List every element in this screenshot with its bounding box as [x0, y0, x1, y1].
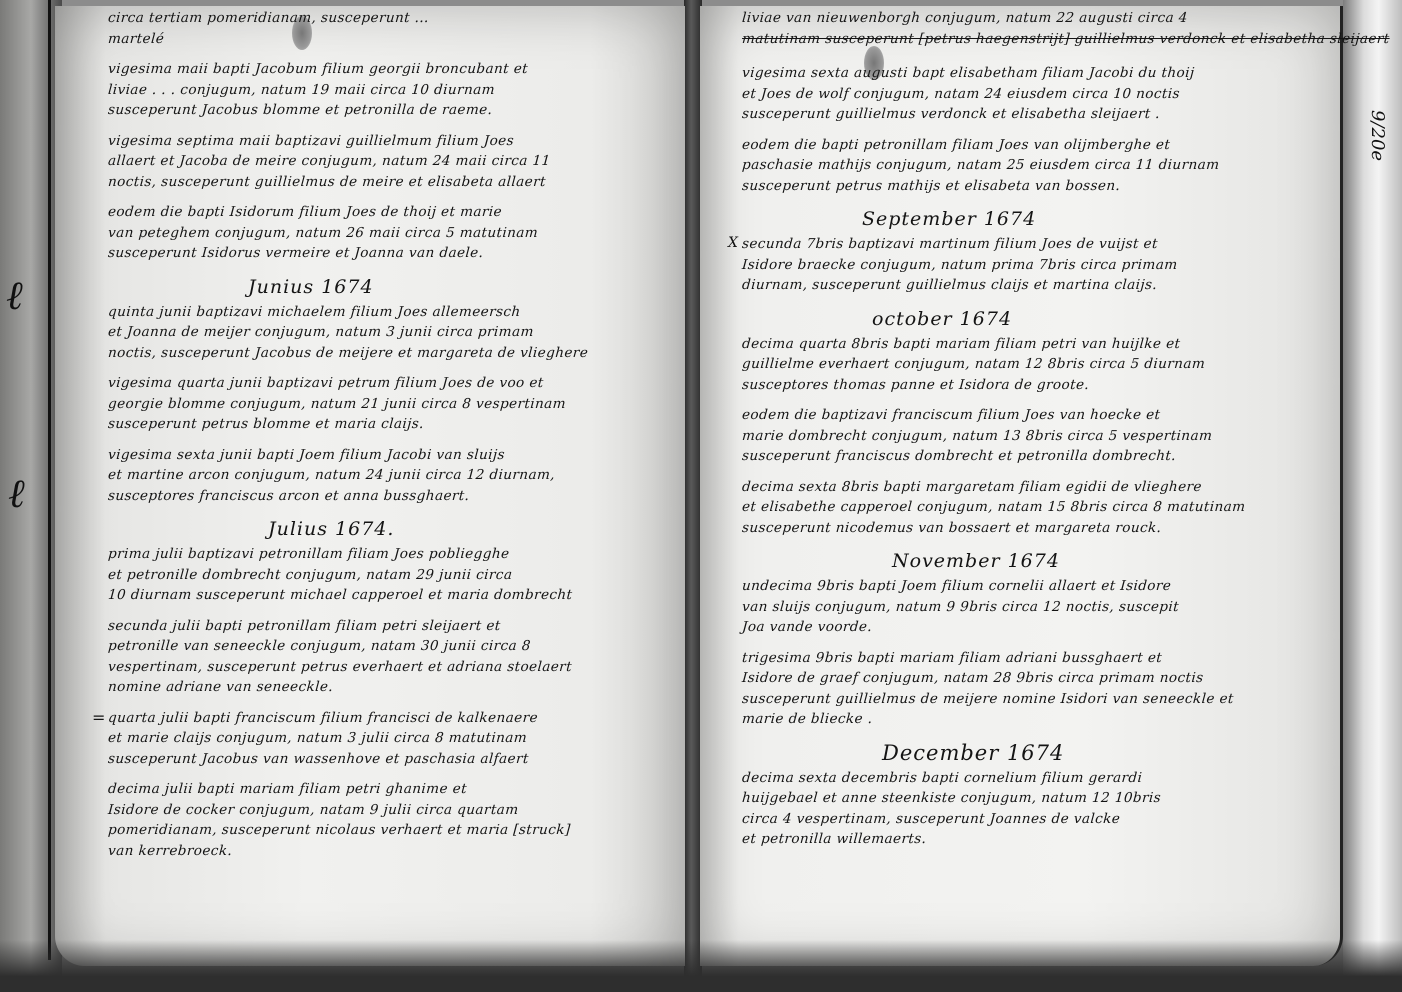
- month-heading-junius: Junius 1674: [108, 274, 688, 300]
- baptism-entry: secunda julii bapti petronillam filiam p…: [108, 616, 688, 698]
- baptism-entry: decima sexta 8bris bapti margaretam fili…: [742, 477, 1342, 539]
- baptism-entry: vigesima sexta augusti bapt elisabetham …: [742, 63, 1342, 125]
- text-line: allaert et Jacoba de meire conjugum, nat…: [107, 151, 688, 172]
- baptism-entry: vigesima sexta junii bapti Joem filium J…: [108, 445, 688, 507]
- text-line: susceperunt guillielmus de meijere nomin…: [741, 689, 1342, 710]
- text-line: susceperunt petrus mathijs et elisabeta …: [741, 176, 1342, 197]
- right-page-text: liviae van nieuwenborgh conjugum, natum …: [742, 8, 1342, 860]
- text-line: van sluijs conjugum, natum 9 9bris circa…: [741, 597, 1342, 618]
- text-line: nomine adriane van seneeckle.: [107, 677, 688, 698]
- text-line: quarta julii bapti franciscum filium fra…: [107, 708, 688, 729]
- text-line: et elisabethe capperoel conjugum, natam …: [741, 497, 1342, 518]
- text-line: paschasie mathijs conjugum, natam 25 eiu…: [741, 155, 1342, 176]
- text-line: liviae van nieuwenborgh conjugum, natum …: [741, 8, 1342, 29]
- baptism-entry: decima sexta decembris bapti cornelium f…: [742, 768, 1342, 850]
- text-line: susceptores thomas panne et Isidora de g…: [741, 375, 1342, 396]
- baptism-entry: eodem die bapti petronillam filiam Joes …: [742, 135, 1342, 197]
- text-line: vespertinam, susceperunt petrus everhaer…: [107, 657, 688, 678]
- text-line: guillielme everhaert conjugum, natam 12 …: [741, 354, 1342, 375]
- text-line: 10 diurnam susceperunt michael capperoel…: [107, 585, 688, 606]
- baptism-entry: vigesima maii bapti Jacobum filium georg…: [108, 59, 688, 121]
- continuation-entry: liviae van nieuwenborgh conjugum, natum …: [742, 8, 1342, 49]
- text-line: susceperunt Isidorus vermeire et Joanna …: [107, 243, 688, 264]
- text-line: Joa vande voorde.: [741, 617, 1342, 638]
- text-line: van peteghem conjugum, natum 26 maii cir…: [107, 223, 688, 244]
- margin-mark-equals: =: [92, 708, 105, 727]
- baptism-entry: prima julii baptizavi petronillam filiam…: [108, 544, 688, 606]
- baptism-entry: trigesima 9bris bapti mariam filiam adri…: [742, 648, 1342, 730]
- text-line: liviae . . . conjugum, natum 19 maii cir…: [107, 80, 688, 101]
- text-line: undecima 9bris bapti Joem filium corneli…: [741, 576, 1342, 597]
- text-line: circa tertiam pomeridianam, susceperunt …: [107, 8, 688, 29]
- text-line: circa 4 vespertinam, susceperunt Joannes…: [741, 809, 1342, 830]
- left-page-text: circa tertiam pomeridianam, susceperunt …: [108, 8, 688, 871]
- text-line: eodem die baptizavi franciscum filium Jo…: [741, 405, 1342, 426]
- text-line: martelé: [107, 29, 688, 50]
- month-heading-december: December 1674: [742, 740, 1342, 766]
- text-line: Isidore de graef conjugum, natam 28 9bri…: [741, 668, 1342, 689]
- text-line: trigesima 9bris bapti mariam filiam adri…: [741, 648, 1342, 669]
- scanned-register-spread: ℓ ℓ circa tertiam pomeridianam, susceper…: [0, 0, 1402, 992]
- baptism-entry: decima julii bapti mariam filiam petri g…: [108, 779, 688, 861]
- margin-flourish-left-top: ℓ: [6, 272, 23, 319]
- text-line: marie de bliecke .: [741, 709, 1342, 730]
- text-line: vigesima quarta junii baptizavi petrum f…: [107, 373, 688, 394]
- text-line: et petronilla willemaerts.: [741, 829, 1342, 850]
- month-heading-september: September 1674: [742, 206, 1342, 232]
- bottom-shadow: [0, 940, 1402, 992]
- text-line: susceperunt franciscus dombrecht et petr…: [741, 446, 1342, 467]
- text-line: diurnam, susceperunt guillielmus claijs …: [741, 275, 1342, 296]
- text-line: noctis, susceperunt Jacobus de meijere e…: [107, 343, 688, 364]
- text-line: et Joes de wolf conjugum, natam 24 eiusd…: [741, 84, 1342, 105]
- text-line: petronille van seneeckle conjugum, natam…: [107, 636, 688, 657]
- text-line: susceptores franciscus arcon et anna bus…: [107, 486, 688, 507]
- baptism-entry: decima quarta 8bris bapti mariam filiam …: [742, 334, 1342, 396]
- text-line: vigesima maii bapti Jacobum filium georg…: [107, 59, 688, 80]
- text-line: susceperunt guillielmus verdonck et elis…: [741, 104, 1342, 125]
- left-border-rule: [48, 0, 51, 960]
- baptism-entry: undecima 9bris bapti Joem filium corneli…: [742, 576, 1342, 638]
- text-line: huijgebael et anne steenkiste conjugum, …: [741, 788, 1342, 809]
- text-line: vigesima sexta augusti bapt elisabetham …: [741, 63, 1342, 84]
- text-line: decima julii bapti mariam filiam petri g…: [107, 779, 688, 800]
- baptism-entry: X secunda 7bris baptizavi martinum filiu…: [742, 234, 1342, 296]
- text-line: et martine arcon conjugum, natum 24 juni…: [107, 465, 688, 486]
- month-heading-november: November 1674: [742, 548, 1342, 574]
- text-line: eodem die bapti petronillam filiam Joes …: [741, 135, 1342, 156]
- text-line: decima sexta decembris bapti cornelium f…: [741, 768, 1342, 789]
- text-line: secunda julii bapti petronillam filiam p…: [107, 616, 688, 637]
- margin-mark-x: X: [728, 235, 738, 251]
- text-line: decima sexta 8bris bapti margaretam fili…: [741, 477, 1342, 498]
- text-line: vigesima sexta junii bapti Joem filium J…: [107, 445, 688, 466]
- text-line: susceperunt Jacobus blomme et petronilla…: [107, 100, 688, 121]
- month-heading-october: october 1674: [742, 306, 1342, 332]
- text-line: susceperunt petrus blomme et maria claij…: [107, 414, 688, 435]
- baptism-entry: eodem die bapti Isidorum filium Joes de …: [108, 202, 688, 264]
- text-line: secunda 7bris baptizavi martinum filium …: [741, 234, 1342, 255]
- text-line: et marie claijs conjugum, natum 3 julii …: [107, 728, 688, 749]
- text-line: decima quarta 8bris bapti mariam filiam …: [741, 334, 1342, 355]
- text-line: Isidore de cocker conjugum, natam 9 juli…: [107, 800, 688, 821]
- text-line: georgie blomme conjugum, natum 21 junii …: [107, 394, 688, 415]
- text-line: et petronille dombrecht conjugum, natam …: [107, 565, 688, 586]
- month-heading-julius: Julius 1674.: [108, 516, 688, 542]
- text-line: Isidore braecke conjugum, natum prima 7b…: [741, 255, 1342, 276]
- text-line: et Joanna de meijer conjugum, natum 3 ju…: [107, 322, 688, 343]
- baptism-entry: vigesima septima maii baptizavi guilliel…: [108, 131, 688, 193]
- margin-folio-annotation: 9/20e: [1367, 110, 1388, 161]
- text-line: susceperunt nicodemus van bossaert et ma…: [741, 518, 1342, 539]
- baptism-entry: quinta junii baptizavi michaelem filium …: [108, 302, 688, 364]
- text-line: pomeridianam, susceperunt nicolaus verha…: [107, 820, 688, 841]
- text-line: noctis, susceperunt guillielmus de meire…: [107, 172, 688, 193]
- text-line: eodem die bapti Isidorum filium Joes de …: [107, 202, 688, 223]
- text-line: quinta junii baptizavi michaelem filium …: [107, 302, 688, 323]
- baptism-entry: vigesima quarta junii baptizavi petrum f…: [108, 373, 688, 435]
- text-line: marie dombrecht conjugum, natum 13 8bris…: [741, 426, 1342, 447]
- baptism-entry: eodem die baptizavi franciscum filium Jo…: [742, 405, 1342, 467]
- baptism-entry: = quarta julii bapti franciscum filium f…: [108, 708, 688, 770]
- text-line: van kerrebroeck.: [107, 841, 688, 862]
- struck-text-line: matutinam susceperunt [petrus haegenstri…: [741, 29, 1342, 50]
- text-line: prima julii baptizavi petronillam filiam…: [107, 544, 688, 565]
- text-line: susceperunt Jacobus van wassenhove et pa…: [107, 749, 688, 770]
- margin-flourish-left-mid: ℓ: [8, 470, 25, 517]
- continuation-entry: circa tertiam pomeridianam, susceperunt …: [108, 8, 688, 49]
- text-line: vigesima septima maii baptizavi guilliel…: [107, 131, 688, 152]
